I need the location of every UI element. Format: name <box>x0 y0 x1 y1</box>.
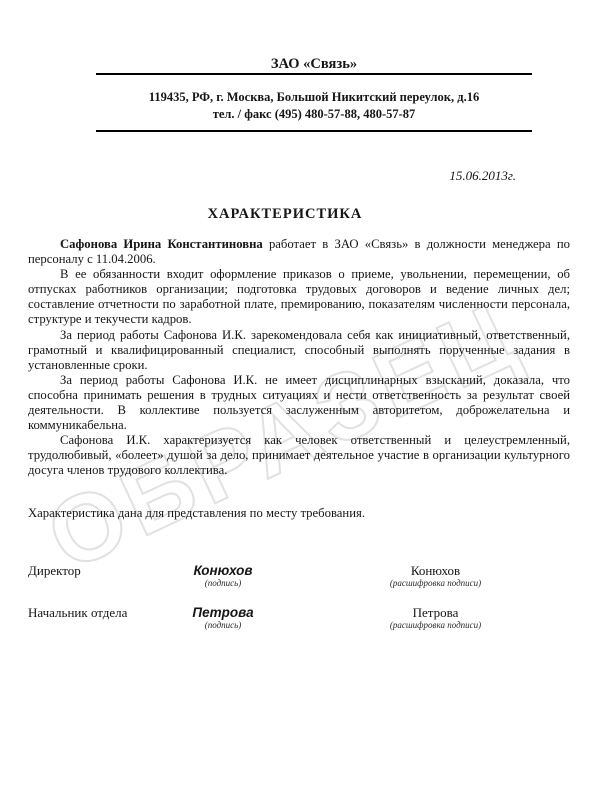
signature-section: Директор Конюхов (подпись) Конюхов (расш… <box>28 563 600 631</box>
signature-column: Конюхов (подпись) <box>168 563 278 589</box>
name-caption: (расшифровка подписи) <box>338 578 533 589</box>
employee-full-name: Сафонова Ирина Константиновна <box>60 237 263 251</box>
document-body: Сафонова Ирина Константиновна работает в… <box>28 237 570 521</box>
signature-caption: (подпись) <box>168 578 278 589</box>
paragraph-qualities: За период работы Сафонова И.К. зарекомен… <box>28 328 570 373</box>
document-content: ЗАО «Связь» 119435, РФ, г. Москва, Больш… <box>0 57 600 631</box>
company-address: 119435, РФ, г. Москва, Большой Никитский… <box>96 89 532 106</box>
signer-name: Петрова <box>338 605 533 620</box>
paragraph-character: Сафонова И.К. характеризуется как челове… <box>28 433 570 478</box>
signer-title: Начальник отдела <box>28 605 168 620</box>
document-date: 15.06.2013г. <box>0 168 600 183</box>
paragraph-intro: Сафонова Ирина Константиновна работает в… <box>28 237 570 267</box>
signer-title: Директор <box>28 563 168 578</box>
paragraph-discipline: За период работы Сафонова И.К. не имеет … <box>28 373 570 433</box>
document-title: ХАРАКТЕРИСТИКА <box>0 207 570 222</box>
name-column: Петрова (расшифровка подписи) <box>338 605 533 631</box>
signer-name: Конюхов <box>338 563 533 578</box>
document-page: ОБРАЗЕЦ ЗАО «Связь» 119435, РФ, г. Москв… <box>0 0 600 786</box>
letterhead: ЗАО «Связь» 119435, РФ, г. Москва, Больш… <box>96 57 532 132</box>
signature-row-director: Директор Конюхов (подпись) Конюхов (расш… <box>28 563 600 589</box>
signature-caption: (подпись) <box>168 620 278 631</box>
company-phone: тел. / факс (495) 480-57-88, 480-57-87 <box>96 106 532 123</box>
name-column: Конюхов (расшифровка подписи) <box>338 563 533 589</box>
paragraph-closing: Характеристика дана для представления по… <box>28 506 570 521</box>
name-caption: (расшифровка подписи) <box>338 620 533 631</box>
signature-column: Петрова (подпись) <box>168 605 278 631</box>
handwritten-signature: Конюхов <box>168 563 278 578</box>
signature-row-department-head: Начальник отдела Петрова (подпись) Петро… <box>28 605 600 631</box>
company-name: ЗАО «Связь» <box>96 57 532 75</box>
company-contacts: 119435, РФ, г. Москва, Большой Никитский… <box>96 75 532 132</box>
paragraph-duties: В ее обязанности входит оформление прика… <box>28 267 570 327</box>
handwritten-signature: Петрова <box>168 605 278 620</box>
